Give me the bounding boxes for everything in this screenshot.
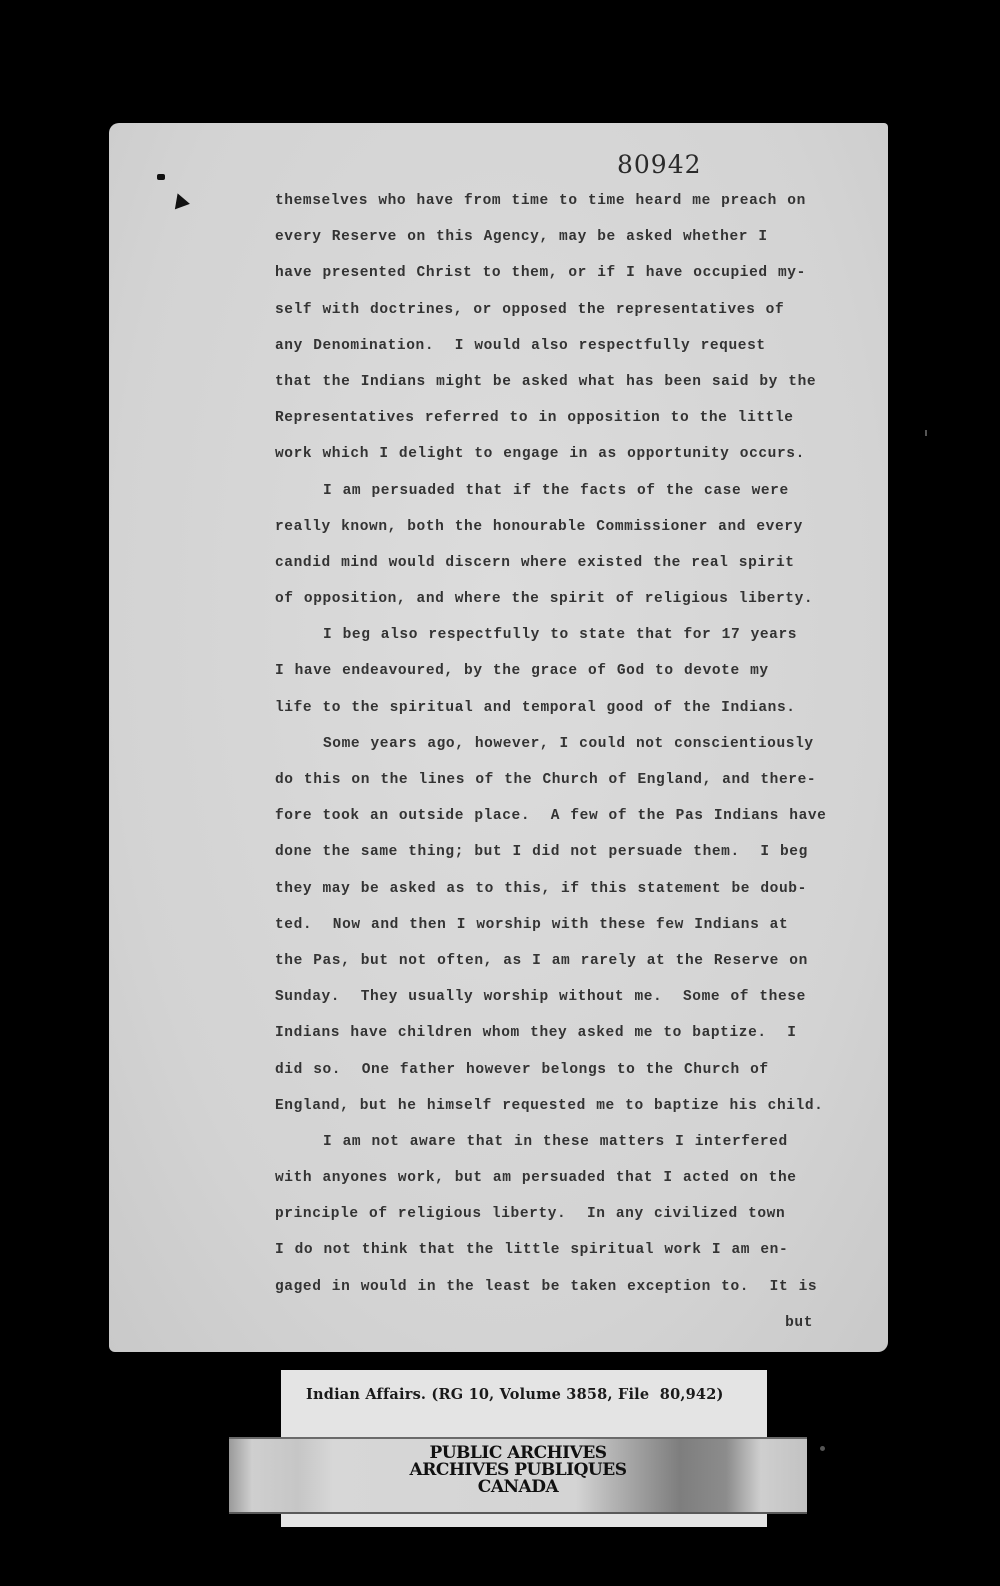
text-line: work which I delight to engage in as opp… (275, 439, 855, 475)
scan-artifact (925, 430, 927, 436)
text-line: I do not think that the little spiritual… (275, 1235, 855, 1271)
text-line: Sunday. They usually worship without me.… (275, 982, 855, 1018)
text-line: of opposition, and where the spirit of r… (275, 584, 855, 620)
text-line: I beg also respectfully to state that fo… (275, 620, 855, 656)
text-line: any Denomination. I would also respectfu… (275, 331, 855, 367)
archive-citation: Indian Affairs. (RG 10, Volume 3858, Fil… (306, 1386, 724, 1403)
text-line: I am not aware that in these matters I i… (275, 1127, 855, 1163)
text-line: but (275, 1308, 855, 1344)
punch-mark (157, 174, 165, 180)
text-line: that the Indians might be asked what has… (275, 367, 855, 403)
banner-line-country: CANADA (229, 1479, 807, 1496)
scan-artifact (820, 1446, 825, 1451)
text-line: self with doctrines, or opposed the repr… (275, 295, 855, 331)
text-line: I am persuaded that if the facts of the … (275, 476, 855, 512)
archive-banner: PUBLIC ARCHIVES ARCHIVES PUBLIQUES CANAD… (229, 1437, 807, 1514)
text-line: done the same thing; but I did not persu… (275, 837, 855, 873)
text-line: did so. One father however belongs to th… (275, 1055, 855, 1091)
text-line: have presented Christ to them, or if I h… (275, 258, 855, 294)
text-line: fore took an outside place. A few of the… (275, 801, 855, 837)
text-line: really known, both the honourable Commis… (275, 512, 855, 548)
text-line: every Reserve on this Agency, may be ask… (275, 222, 855, 258)
text-line: the Pas, but not often, as I am rarely a… (275, 946, 855, 982)
text-line: Representatives referred to in oppositio… (275, 403, 855, 439)
text-line: Indians have children whom they asked me… (275, 1018, 855, 1054)
text-line: principle of religious liberty. In any c… (275, 1199, 855, 1235)
text-line: with anyones work, but am persuaded that… (275, 1163, 855, 1199)
text-line: they may be asked as to this, if this st… (275, 874, 855, 910)
text-line: Some years ago, however, I could not con… (275, 729, 855, 765)
text-line: gaged in would in the least be taken exc… (275, 1272, 855, 1308)
text-line: life to the spiritual and temporal good … (275, 693, 855, 729)
typed-letter-body: themselves who have from time to time he… (275, 186, 855, 1344)
page-number: 80942 (617, 150, 702, 179)
text-line: ted. Now and then I worship with these f… (275, 910, 855, 946)
text-line: candid mind would discern where existed … (275, 548, 855, 584)
text-line: do this on the lines of the Church of En… (275, 765, 855, 801)
text-line: I have endeavoured, by the grace of God … (275, 656, 855, 692)
text-line: themselves who have from time to time he… (275, 186, 855, 222)
text-line: England, but he himself requested me to … (275, 1091, 855, 1127)
